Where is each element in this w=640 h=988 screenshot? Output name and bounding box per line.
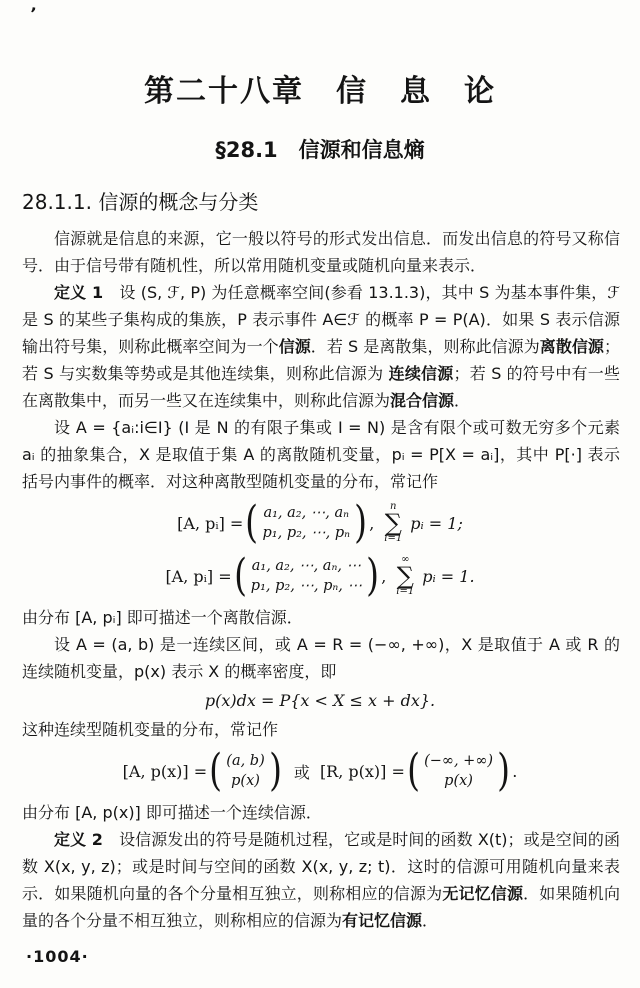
distribution-matrix: a₁, a₂, ⋯, aₙ, ⋯ p₁, p₂, ⋯, pₙ, ⋯ (249, 558, 364, 594)
distribution-matrix: a₁, a₂, ⋯, aₙ p₁, p₂, ⋯, pₙ (261, 505, 353, 541)
right-paren: ) (354, 503, 367, 543)
page-number: ·1004· (26, 947, 89, 966)
formula-discrete-finite: [A, pᵢ] = ( a₁, a₂, ⋯, aₙ p₁, p₂, ⋯, pₙ … (0, 498, 640, 548)
real-line-matrix: (−∞, +∞) p(x) (422, 753, 495, 789)
matrix-row-support: (a, b) (226, 753, 264, 770)
left-paren: ( (407, 751, 420, 791)
paragraph-definition-1: 定义 1 设 (S, ℱ, P) 为任意概率空间(参看 13.1.3)，其中 S… (0, 279, 640, 414)
sigma-symbol: ∑ (385, 512, 402, 535)
matrix-row-support: (−∞, +∞) (424, 753, 493, 770)
sigma-symbol: ∑ (397, 565, 414, 588)
paragraph-intro: 信源就是信息的来源，它一般以符号的形式发出信息．而发出信息的符号又称信号．由于信… (0, 225, 640, 279)
formula-density: p(x)dx = P{x < X ≤ x + dx}. (0, 687, 640, 714)
matrix-row-probs: p₁, p₂, ⋯, pₙ, ⋯ (251, 578, 362, 595)
formula-discrete-countable: [A, pᵢ] = ( a₁, a₂, ⋯, aₙ, ⋯ p₁, p₂, ⋯, … (0, 551, 640, 601)
sum-lower-limit: i=1 (396, 587, 414, 597)
paragraph-discrete-setup: 设 A = {aᵢ:i∈I} (I 是 N 的有限子集或 I = N) 是含有限… (0, 414, 640, 495)
matrix-row-symbols: a₁, a₂, ⋯, aₙ (263, 505, 349, 522)
formula-period: . (512, 762, 517, 781)
section-title: §28.1 信源和信息熵 (0, 134, 640, 164)
scanned-book-page: ʼ 第二十八章 信 息 论 §28.1 信源和信息熵 28.1.1. 信源的概念… (0, 0, 640, 988)
paragraph-after-discrete: 由分布 [A, pᵢ] 即可描述一个离散信源． (0, 604, 640, 631)
formula-continuous-source: [A, p(x)] = ( (a, b) p(x) ) 或 [R, p(x)] … (0, 746, 640, 796)
paragraph-continuous-setup: 设 A = (a, b) 是一连续区间，或 A = R = (−∞, +∞)，X… (0, 631, 640, 685)
summation: n ∑ i=1 (384, 502, 402, 545)
paragraph-definition-2: 定义 2 设信源发出的符号是随机过程，它或是时间的函数 X(t)；或是空间的函数… (0, 826, 640, 934)
formula-lhs: [A, pᵢ] = (177, 514, 243, 533)
formula-rhs: pᵢ = 1; (410, 514, 463, 533)
formula-lhs-real: [R, p(x)] = (320, 762, 405, 781)
left-paren: ( (245, 503, 258, 543)
matrix-row-density: p(x) (231, 773, 260, 790)
right-paren: ) (497, 751, 510, 791)
formula-comma: , (369, 514, 374, 533)
subsection-title: 28.1.1. 信源的概念与分类 (0, 186, 640, 215)
or-separator: 或 (294, 760, 310, 783)
formula-lhs-interval: [A, p(x)] = (123, 762, 207, 781)
matrix-row-symbols: a₁, a₂, ⋯, aₙ, ⋯ (252, 558, 361, 575)
formula-comma: , (381, 567, 386, 586)
paragraph-continuous-dist: 这种连续型随机变量的分布，常记作 (0, 716, 640, 743)
right-paren: ) (269, 751, 282, 791)
chapter-title: 第二十八章 信 息 论 (0, 0, 640, 110)
formula-lhs: [A, pᵢ] = (165, 567, 231, 586)
left-paren: ( (209, 751, 222, 791)
paragraph-after-continuous: 由分布 [A, p(x)] 即可描述一个连续信源． (0, 799, 640, 826)
summation: ∞ ∑ i=1 (396, 555, 414, 598)
right-paren: ) (366, 556, 379, 596)
left-paren: ( (234, 556, 247, 596)
matrix-row-probs: p₁, p₂, ⋯, pₙ (263, 525, 351, 542)
sum-lower-limit: i=1 (384, 534, 402, 544)
matrix-row-density: p(x) (444, 773, 473, 790)
interval-matrix: (a, b) p(x) (224, 753, 266, 789)
formula-rhs: pᵢ = 1. (422, 567, 474, 586)
